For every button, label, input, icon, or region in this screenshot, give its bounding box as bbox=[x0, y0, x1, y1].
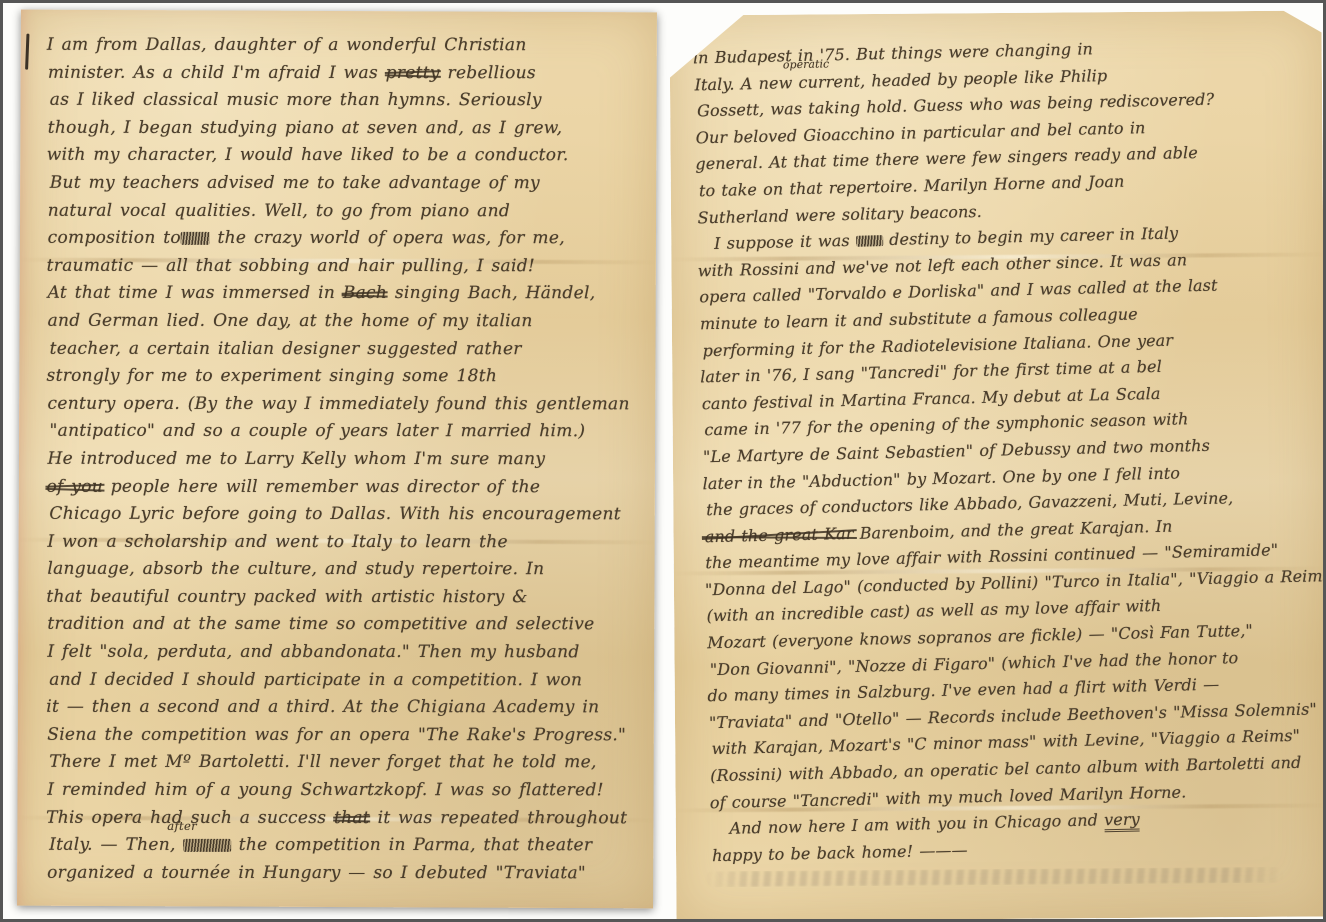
handwritten-line: and German lied. One day, at the home of… bbox=[48, 308, 648, 336]
handwritten-line: that beautiful country packed with artis… bbox=[46, 584, 647, 612]
handwritten-line: natural vocal qualities. Well, to go fro… bbox=[48, 197, 648, 225]
letter-page-1: I am from Dallas, daughter of a wonderfu… bbox=[17, 10, 657, 909]
handwritten-line: though, I began studying piano at seven … bbox=[48, 115, 648, 143]
handwritten-line: "antipatico" and so a couple of years la… bbox=[50, 418, 648, 446]
handwritten-line: strongly for me to experiment singing so… bbox=[47, 363, 648, 391]
handwritten-line: Italy. — Then, after the competition in … bbox=[49, 832, 647, 860]
faint-ghost-writing bbox=[704, 867, 1284, 888]
handwritten-line: This opera had such a success that it wa… bbox=[46, 804, 647, 832]
handwritten-line: teacher, a certain italian designer sugg… bbox=[50, 335, 648, 363]
handwritten-line: with my character, I would have liked to… bbox=[47, 142, 648, 170]
handwritten-line: minister. As a child I'm afraid I was pr… bbox=[48, 59, 648, 87]
handwritten-line: century opera. (By the way I immediately… bbox=[48, 390, 648, 418]
handwritten-line: it — then a second and a third. At the C… bbox=[46, 694, 647, 722]
handwritten-line: There I met Mº Bartoletti. I'll never fo… bbox=[49, 749, 647, 777]
handwritten-line: as I liked classical music more than hym… bbox=[50, 87, 648, 115]
handwritten-line: I felt "sola, perduta, and abbandonata."… bbox=[47, 639, 647, 667]
handwritten-line: At that time I was immersed in Bach sing… bbox=[48, 280, 648, 308]
handwritten-line: composition to the crazy world of opera … bbox=[48, 225, 648, 253]
letter-page-2: in Budapest in '75. But things were chan… bbox=[669, 10, 1326, 921]
handwritten-line: He introduced me to Larry Kelly whom I'm… bbox=[47, 446, 647, 474]
handwritten-line: I am from Dallas, daughter of a wonderfu… bbox=[47, 32, 648, 60]
scanned-letter: I am from Dallas, daughter of a wonderfu… bbox=[0, 0, 1326, 922]
handwritten-line: I won a scholarship and went to Italy to… bbox=[47, 528, 647, 556]
handwritten-line: language, absorb the culture, and study … bbox=[47, 556, 647, 584]
handwritten-line: organized a tournée in Hungary — so I de… bbox=[47, 860, 647, 888]
handwritten-line: of you people here will remember was dir… bbox=[46, 473, 647, 501]
handwritten-line: tradition and at the same time so compet… bbox=[47, 611, 647, 639]
handwritten-line: and I decided I should participate in a … bbox=[49, 666, 647, 694]
handwritten-line: I reminded him of a young Schwartzkopf. … bbox=[47, 777, 647, 805]
handwritten-text-page-2: in Budapest in '75. But things were chan… bbox=[694, 31, 1326, 869]
handwritten-line: traumatic — all that sobbing and hair pu… bbox=[47, 252, 648, 280]
margin-pen-mark bbox=[25, 34, 29, 70]
handwritten-text-page-1: I am from Dallas, daughter of a wonderfu… bbox=[47, 32, 648, 888]
handwritten-line: Chicago Lyric before going to Dallas. Wi… bbox=[49, 501, 647, 529]
handwritten-line: But my teachers advised me to take advan… bbox=[50, 170, 648, 198]
handwritten-line: Siena the competition was for an opera "… bbox=[47, 722, 647, 750]
